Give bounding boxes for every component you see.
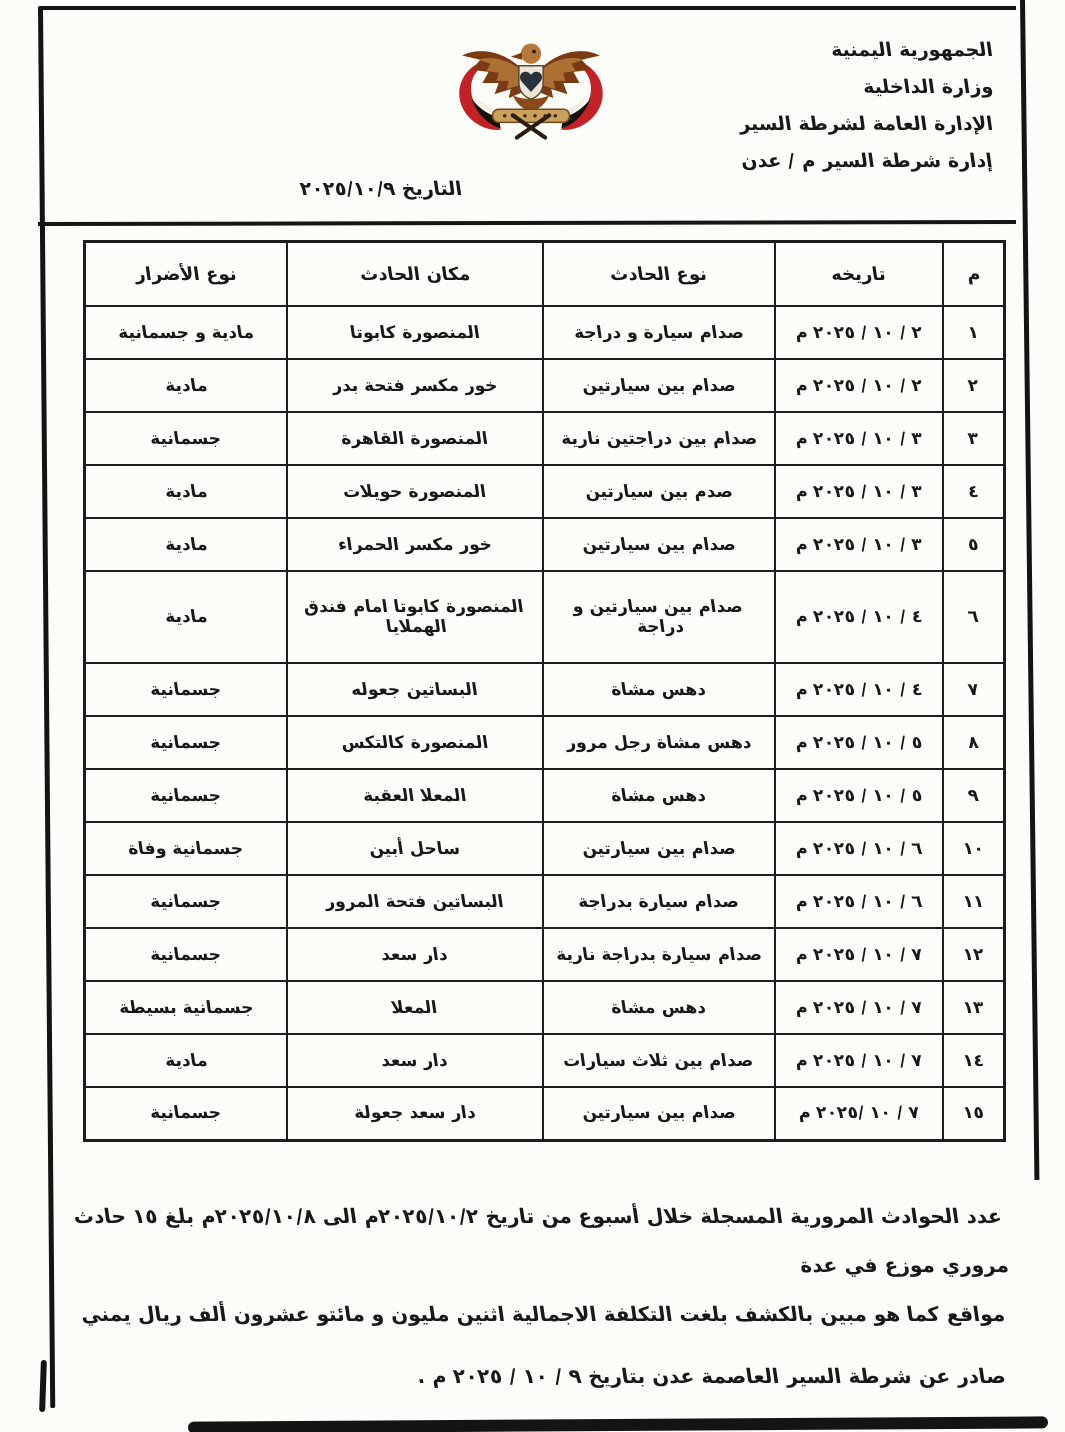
cell-damage-type: مادية [85,518,287,571]
cell-row-number: ٩ [943,769,1005,822]
cell-accident-location: المنصورة كابوتا امام فندق الهملايا [287,571,543,663]
cell-row-number: ٨ [943,716,1005,769]
cell-damage-type: جسمانية بسيطة [85,981,287,1034]
cell-accident-type: صدام بين سيارتين [543,359,775,412]
cell-accident-location: ساحل أبين [287,822,543,875]
cell-accident-location: خور مكسر الحمراء [287,518,543,571]
table-row: ١٣ ٧ / ١٠ / ٢٠٢٥ م دهس مشاة المعلا جسمان… [85,981,1005,1034]
cell-accident-type: صدام بين سيارتين [543,822,775,875]
cell-accident-type: صدام بين سيارتين [543,518,775,571]
damage-type-text: مادية و جسمانية [116,323,255,343]
accident-type-text: صدام بين ثلاث سيارات [562,1051,755,1071]
table-row: ٥ ٣ / ١٠ / ٢٠٢٥ م صدام بين سيارتين خور م… [85,518,1005,571]
accident-location-text: خور مكسر الحمراء [336,535,493,555]
row-number-text: ٥ [967,535,980,555]
row-number-text: ١٠ [961,839,985,859]
issued-line-text: صادر عن شرطة السير العاصمة عدن بتاريخ ٩ … [413,1352,1008,1401]
accident-date-text: ٧ / ١٠ / ٢٠٢٥ م [794,1051,924,1071]
accident-date-text: ٥ / ١٠ / ٢٠٢٥ م [794,786,924,806]
accident-location-text: المنصورة كابوتا [348,323,481,343]
cell-accident-date: ٣ / ١٠ / ٢٠٢٥ م [775,412,943,465]
cell-row-number: ١١ [943,875,1005,928]
cell-accident-date: ٧ / ١٠ / ٢٠٢٥ م [775,981,943,1034]
row-number-text: ٢ [967,376,980,396]
header-cell-damage: نوع الأضرار [85,242,287,307]
org-line-administration-text: الإدارة العامة لشرطة السير [736,106,995,143]
cell-damage-type: جسمانية [85,663,287,716]
cell-accident-date: ٦ / ١٠ / ٢٠٢٥ م [775,875,943,928]
accident-type-text: صدام بين سيارتين [580,376,736,396]
cell-damage-type: جسمانية وفاة [85,822,287,875]
cell-accident-date: ٣ / ١٠ / ٢٠٢٥ م [775,465,943,518]
accidents-table: م تاريخه نوع الحادث مكان الحادث نوع الأض… [83,240,1006,1142]
damage-type-text: جسمانية [149,733,223,753]
header-cell-date: تاريخه [775,242,943,307]
row-number-text: ٤ [967,482,980,502]
row-number-text: ١٤ [961,1051,985,1071]
table-row: ٧ ٤ / ١٠ / ٢٠٢٥ م دهس مشاة البساتين جعول… [85,663,1005,716]
table-header-row: م تاريخه نوع الحادث مكان الحادث نوع الأض… [85,242,1005,307]
cell-accident-type: صدام بين سيارتين و دراجة [543,571,775,663]
cell-accident-date: ٥ / ١٠ / ٢٠٢٥ م [775,769,943,822]
row-number-text: ١٥ [961,1103,985,1123]
cell-row-number: ١ [943,306,1005,359]
accident-date-text: ٧ / ١٠ /٢٠٢٥ م [796,1103,920,1123]
scan-edge-corner [39,1360,47,1412]
row-number-text: ١١ [961,892,985,912]
accident-type-text: صدام سيارة و دراجة [572,323,744,343]
accident-date-text: ٥ / ١٠ / ٢٠٢٥ م [794,733,924,753]
letterhead: الجمهورية اليمنية وزارة الداخلية الإدارة… [739,32,993,180]
accident-location-text: البساتين فتحة المرور [324,892,505,912]
footer-summary: عدد الحوادث المرورية المسجلة خلال أسبوع … [55,1192,1005,1401]
cell-row-number: ٣ [943,412,1005,465]
accident-type-text: دهس مشاة رجل مرور [564,733,752,753]
header-date-text: تاريخه [830,264,887,285]
row-number-text: ٨ [967,733,980,753]
cell-damage-type: جسمانية [85,875,287,928]
cell-accident-type: صدام سيارة بدراجة نارية [543,928,775,981]
scan-edge-top [40,6,1016,10]
accident-location-text: دار سعد جعولة [352,1103,476,1123]
accident-location-text: المنصورة كالتكس [339,733,489,753]
summary-line-1-text: عدد الحوادث المرورية المسجلة خلال أسبوع … [48,1192,1012,1290]
accident-location-text: المعلا العقبة [361,786,467,806]
table-row: ٩ ٥ / ١٠ / ٢٠٢٥ م دهس مشاة المعلا العقبة… [85,769,1005,822]
cell-row-number: ١٤ [943,1034,1005,1087]
cell-accident-date: ٦ / ١٠ / ٢٠٢٥ م [775,822,943,875]
org-line-ministry: وزارة الداخلية [739,69,993,106]
table-row: ١٢ ٧ / ١٠ / ٢٠٢٥ م صدام سيارة بدراجة نار… [85,928,1005,981]
cell-damage-type: جسمانية [85,928,287,981]
cell-accident-location: المنصورة كالتكس [287,716,543,769]
cell-row-number: ١٠ [943,822,1005,875]
damage-type-text: جسمانية وفاة [127,839,245,859]
header-cell-type: نوع الحادث [543,242,775,307]
document-date: التاريخ ٢٠٢٥/١٠/٩ [300,178,462,200]
header-location-text: مكان الحادث [358,264,471,285]
summary-line-2-text: مواقع كما هو مبين بالكشف بلغت التكلفة ال… [78,1290,1009,1339]
cell-accident-date: ٧ / ١٠ / ٢٠٢٥ م [775,928,943,981]
cell-accident-date: ٢ / ١٠ / ٢٠٢٥ م [775,306,943,359]
cell-accident-type: صدام سيارة بدراجة [543,875,775,928]
accident-type-text: صدام بين سيارتين [580,1103,736,1123]
org-line-department-text: إدارة شرطة السير م / عدن [739,143,996,180]
summary-line-1: عدد الحوادث المرورية المسجلة خلال أسبوع … [55,1192,1005,1290]
cell-row-number: ٢ [943,359,1005,412]
cell-accident-date: ٧ / ١٠ /٢٠٢٥ م [775,1087,943,1140]
org-line-country-text: الجمهورية اليمنية [828,32,995,69]
cell-accident-date: ٢ / ١٠ / ٢٠٢٥ م [775,359,943,412]
table-row: ١٠ ٦ / ١٠ / ٢٠٢٥ م صدام بين سيارتين ساحل… [85,822,1005,875]
row-number-text: ٧ [967,680,980,700]
damage-type-text: مادية [163,482,208,502]
table-row: ١ ٢ / ١٠ / ٢٠٢٥ م صدام سيارة و دراجة الم… [85,306,1005,359]
row-number-text: ٦ [967,607,980,627]
org-line-country: الجمهورية اليمنية [739,32,993,69]
accident-location-text: البساتين جعوله [350,680,479,700]
table-row: ٣ ٣ / ١٠ / ٢٠٢٥ م صدام بين دراجتين نارية… [85,412,1005,465]
document-date-text: التاريخ ٢٠٢٥/١٠/٩ [298,178,463,200]
row-number-text: ١ [967,323,980,343]
damage-type-text: جسمانية [149,892,223,912]
cell-accident-type: صدام بين دراجتين نارية [543,412,775,465]
accident-type-text: صدام بين سيارتين [580,535,736,555]
accident-location-text: دار سعد [380,1051,449,1071]
issued-line: صادر عن شرطة السير العاصمة عدن بتاريخ ٩ … [55,1352,1005,1401]
cell-accident-date: ٥ / ١٠ / ٢٠٢٥ م [775,716,943,769]
accident-date-text: ٣ / ١٠ / ٢٠٢٥ م [794,429,924,449]
table-row: ١٥ ٧ / ١٠ /٢٠٢٥ م صدام بين سيارتين دار س… [85,1087,1005,1140]
damage-type-text: جسمانية [149,1103,223,1123]
accident-location-text: خور مكسر فتحة بدر [330,376,498,396]
cell-accident-type: دهس مشاة [543,769,775,822]
row-number-text: ١٢ [961,945,985,965]
accident-type-text: صدم بين سيارتين [583,482,733,502]
header-damage-text: نوع الأضرار [134,264,238,285]
row-number-text: ٣ [967,429,980,449]
cell-damage-type: مادية [85,571,287,663]
header-divider-rule [38,220,1016,226]
cell-accident-location: المعلا [287,981,543,1034]
accident-date-text: ٣ / ١٠ / ٢٠٢٥ م [794,482,924,502]
accident-date-text: ٧ / ١٠ / ٢٠٢٥ م [794,945,924,965]
header-type-text: نوع الحادث [609,264,709,285]
cell-accident-type: دهس مشاة [543,981,775,1034]
accident-location-text: المنصورة حويلات [342,482,488,502]
damage-type-text: مادية [163,376,208,396]
cell-accident-location: البساتين جعوله [287,663,543,716]
accident-type-text: صدام بين سيارتين و دراجة [571,597,747,637]
accident-date-text: ٦ / ١٠ / ٢٠٢٥ م [794,839,924,859]
cell-accident-date: ٤ / ١٠ / ٢٠٢٥ م [775,663,943,716]
accident-location-text: دار سعد [380,945,449,965]
table-row: ٨ ٥ / ١٠ / ٢٠٢٥ م دهس مشاة رجل مرور المن… [85,716,1005,769]
header-cell-no: م [943,242,1005,307]
yemen-national-emblem-icon [440,32,622,144]
cell-accident-date: ٣ / ١٠ / ٢٠٢٥ م [775,518,943,571]
row-number-text: ٩ [967,786,980,806]
accident-type-text: صدام بين سيارتين [580,839,736,859]
cell-accident-type: دهس مشاة [543,663,775,716]
cell-accident-type: صدام سيارة و دراجة [543,306,775,359]
cell-accident-type: دهس مشاة رجل مرور [543,716,775,769]
cell-row-number: ٦ [943,571,1005,663]
org-line-ministry-text: وزارة الداخلية [860,69,995,106]
accident-type-text: دهس مشاة [610,680,708,700]
cell-row-number: ٥ [943,518,1005,571]
cell-accident-location: المنصورة كابوتا [287,306,543,359]
table-row: ٤ ٣ / ١٠ / ٢٠٢٥ م صدم بين سيارتين المنصو… [85,465,1005,518]
cell-accident-location: دار سعد [287,928,543,981]
cell-damage-type: مادية [85,359,287,412]
table-row: ٢ ٢ / ١٠ / ٢٠٢٥ م صدام بين سيارتين خور م… [85,359,1005,412]
cell-accident-type: صدام بين سيارتين [543,1087,775,1140]
cell-damage-type: جسمانية [85,1087,287,1140]
accident-date-text: ٧ / ١٠ / ٢٠٢٥ م [794,998,924,1018]
scan-edge-bottom [188,1416,1048,1432]
accident-location-text: ساحل أبين [368,839,462,859]
cell-damage-type: مادية و جسمانية [85,306,287,359]
table-row: ٦ ٤ / ١٠ / ٢٠٢٥ م صدام بين سيارتين و درا… [85,571,1005,663]
cell-accident-date: ٧ / ١٠ / ٢٠٢٥ م [775,1034,943,1087]
accident-location-text: المعلا [390,998,439,1018]
cell-row-number: ١٥ [943,1087,1005,1140]
org-line-department: إدارة شرطة السير م / عدن [739,143,993,180]
cell-accident-date: ٤ / ١٠ / ٢٠٢٥ م [775,571,943,663]
cell-row-number: ٤ [943,465,1005,518]
scanned-document-page: الجمهورية اليمنية وزارة الداخلية الإدارة… [0,0,1065,1432]
cell-damage-type: جسمانية [85,716,287,769]
accident-type-text: صدام سيارة بدراجة نارية [554,945,763,965]
damage-type-text: جسمانية [149,945,223,965]
summary-line-2: مواقع كما هو مبين بالكشف بلغت التكلفة ال… [55,1290,1005,1339]
cell-accident-location: البساتين فتحة المرور [287,875,543,928]
accident-date-text: ٣ / ١٠ / ٢٠٢٥ م [794,535,924,555]
cell-damage-type: مادية [85,1034,287,1087]
row-number-text: ١٣ [961,998,985,1018]
damage-type-text: مادية [163,1051,208,1071]
cell-accident-location: دار سعد [287,1034,543,1087]
damage-type-text: جسمانية [149,680,223,700]
accident-date-text: ٦ / ١٠ / ٢٠٢٥ م [794,892,924,912]
cell-damage-type: مادية [85,465,287,518]
header-no-text: م [965,264,981,285]
accident-location-text: المنصورة كابوتا امام فندق الهملايا [302,597,528,637]
cell-accident-location: دار سعد جعولة [287,1087,543,1140]
accident-type-text: صدام سيارة بدراجة [577,892,740,912]
accident-date-text: ٤ / ١٠ / ٢٠٢٥ م [794,607,924,627]
scan-edge-right [1020,0,1039,1180]
accident-type-text: دهس مشاة [610,786,708,806]
cell-row-number: ١٢ [943,928,1005,981]
accident-type-text: دهس مشاة [610,998,708,1018]
cell-accident-type: صدام بين ثلاث سيارات [543,1034,775,1087]
table-row: ١١ ٦ / ١٠ / ٢٠٢٥ م صدام سيارة بدراجة الب… [85,875,1005,928]
cell-damage-type: جسمانية [85,412,287,465]
cell-row-number: ١٣ [943,981,1005,1034]
damage-type-text: مادية [163,535,208,555]
cell-row-number: ٧ [943,663,1005,716]
cell-accident-location: خور مكسر فتحة بدر [287,359,543,412]
cell-accident-location: المعلا العقبة [287,769,543,822]
header-cell-location: مكان الحادث [287,242,543,307]
org-line-administration: الإدارة العامة لشرطة السير [739,106,993,143]
damage-type-text: جسمانية [149,429,223,449]
damage-type-text: جسمانية بسيطة [117,998,254,1018]
accident-date-text: ٤ / ١٠ / ٢٠٢٥ م [794,680,924,700]
cell-accident-location: المنصورة القاهرة [287,412,543,465]
damage-type-text: جسمانية [149,786,223,806]
cell-accident-location: المنصورة حويلات [287,465,543,518]
accident-type-text: صدام بين دراجتين نارية [559,429,758,449]
cell-damage-type: جسمانية [85,769,287,822]
accident-date-text: ٢ / ١٠ / ٢٠٢٥ م [794,376,924,396]
accident-location-text: المنصورة القاهرة [340,429,490,449]
cell-accident-type: صدم بين سيارتين [543,465,775,518]
accident-date-text: ٢ / ١٠ / ٢٠٢٥ م [794,323,924,343]
table-row: ١٤ ٧ / ١٠ / ٢٠٢٥ م صدام بين ثلاث سيارات … [85,1034,1005,1087]
damage-type-text: مادية [163,607,208,627]
table-body: ١ ٢ / ١٠ / ٢٠٢٥ م صدام سيارة و دراجة الم… [85,306,1005,1140]
